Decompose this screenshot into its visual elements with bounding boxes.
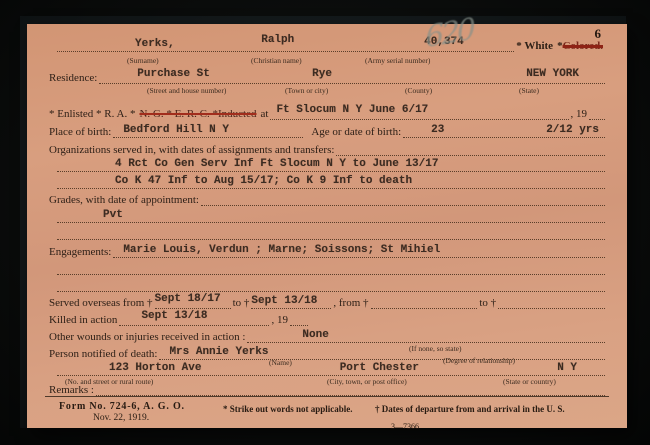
street-caption: (Street and house number) bbox=[147, 86, 226, 95]
residence-street-value: Purchase St bbox=[137, 69, 210, 80]
killed-date-line: Sept 13/18 bbox=[119, 311, 269, 326]
photo-backdrop: 6 620 Yerks, Ralph 40,374 * White * Colo… bbox=[0, 0, 650, 445]
organizations-line2-rule: Co K 47 Inf to Aug 15/17; Co K 9 Inf to … bbox=[57, 174, 605, 189]
overseas-from-date: Sept 18/17 bbox=[155, 294, 221, 305]
blank-rule-3 bbox=[57, 277, 605, 292]
enlistment-row: * Enlisted * R. A. * N. G. * E. R. C. *I… bbox=[47, 106, 605, 120]
wounds-label: Other wounds or injuries received in act… bbox=[47, 332, 247, 343]
organizations-line1-row: 4 Rct Co Gen Serv Inf Ft Slocum N Y to J… bbox=[57, 158, 605, 172]
wounds-value: None bbox=[302, 330, 328, 341]
notified-street-value: 123 Horton Ave bbox=[109, 363, 201, 374]
grades-value: Pvt bbox=[103, 210, 123, 221]
organizations-line2-value: Co K 47 Inf to Aug 15/17; Co K 9 Inf to … bbox=[115, 176, 412, 187]
person-notified-label: Person notified of death: bbox=[47, 349, 159, 360]
grades-ruled-line bbox=[201, 191, 605, 206]
residence-town-value: Rye bbox=[312, 69, 332, 80]
residence-state-value: NEW YORK bbox=[526, 69, 579, 80]
blank-row-1 bbox=[57, 226, 605, 240]
remarks-ruled-line bbox=[96, 381, 605, 396]
grades-row: Grades, with date of appointment: bbox=[47, 192, 605, 206]
age-label: Age or date of birth: bbox=[303, 127, 403, 138]
overseas-label: Served overseas from † bbox=[47, 298, 155, 309]
print-code: 3—7366 bbox=[391, 422, 419, 431]
notified-address-rule: 123 Horton Ave Port Chester N Y bbox=[57, 361, 605, 376]
enlistment-year-line bbox=[589, 105, 605, 120]
overseas-to-date: Sept 13/18 bbox=[251, 296, 317, 307]
form-date: Nov. 22, 1919. bbox=[93, 413, 149, 423]
county-caption: (County) bbox=[405, 86, 432, 95]
grades-label: Grades, with date of appointment: bbox=[47, 195, 201, 206]
engagements-value: Marie Louis, Verdun ; Marne; Soissons; S… bbox=[123, 245, 440, 256]
colored-option-struck: Colored. bbox=[563, 41, 605, 52]
strike-note: * Strike out words not applicable. bbox=[223, 404, 353, 414]
person-notified-name: Mrs Annie Yerks bbox=[169, 347, 268, 358]
state-caption: (State) bbox=[519, 86, 539, 95]
enlistment-ruled-line: Ft Slocum N Y June 6/17 bbox=[270, 105, 568, 120]
birth-place-label: Place of birth: bbox=[47, 127, 113, 138]
birth-place-line: Bedford Hill N Y bbox=[113, 123, 303, 138]
grades-value-rule: Pvt bbox=[57, 208, 605, 223]
engagements-ruled-line: Marie Louis, Verdun ; Marne; Soissons; S… bbox=[113, 243, 605, 258]
christian-name-caption: (Christian name) bbox=[251, 56, 302, 65]
overseas-from2-label: , from † bbox=[331, 298, 370, 309]
overseas-to2-label: to † bbox=[477, 298, 498, 309]
surname-value: Yerks, bbox=[135, 39, 175, 50]
person-notified-ruled-line: Mrs Annie Yerks bbox=[159, 345, 605, 360]
engagements-label: Engagements: bbox=[47, 247, 113, 258]
organizations-row: Organizations served in, with dates of a… bbox=[47, 142, 605, 156]
wounds-ruled-line: None bbox=[247, 328, 605, 343]
name-row: Yerks, Ralph 40,374 * White * Colored. bbox=[57, 38, 605, 52]
notified-city-value: Port Chester bbox=[340, 363, 419, 374]
overseas-to2-line bbox=[498, 294, 605, 309]
killed-year-line bbox=[290, 311, 308, 326]
birth-place-value: Bedford Hill N Y bbox=[123, 125, 229, 136]
engagements-row: Engagements: Marie Louis, Verdun ; Marne… bbox=[47, 244, 605, 258]
killed-date-value: Sept 13/18 bbox=[141, 311, 207, 322]
wounds-row: Other wounds or injuries received in act… bbox=[47, 329, 605, 343]
age-units-value: 2/12 yrs bbox=[546, 125, 599, 136]
blank-rule-1 bbox=[57, 225, 605, 240]
notified-state-value: N Y bbox=[557, 363, 577, 374]
overseas-to-line: Sept 13/18 bbox=[251, 294, 331, 309]
blank-row-2 bbox=[57, 261, 605, 275]
organizations-ruled-line bbox=[336, 141, 605, 156]
service-record-card: 6 620 Yerks, Ralph 40,374 * White * Colo… bbox=[27, 24, 627, 428]
enlistment-prefix: * Enlisted * R. A. * bbox=[47, 109, 137, 120]
colored-star: * bbox=[555, 41, 563, 52]
serial-number-caption: (Army serial number) bbox=[365, 56, 430, 65]
blank-rule-2 bbox=[57, 260, 605, 275]
dates-note: † Dates of departure from and arrival in… bbox=[375, 404, 565, 414]
surname-caption: (Surname) bbox=[127, 56, 159, 65]
age-value: 23 bbox=[431, 125, 444, 136]
residence-label: Residence: bbox=[47, 73, 99, 84]
killed-label: Killed in action bbox=[47, 315, 119, 326]
organizations-line2-row: Co K 47 Inf to Aug 15/17; Co K 9 Inf to … bbox=[57, 175, 605, 189]
birth-row: Place of birth: Bedford Hill N Y Age or … bbox=[47, 124, 605, 138]
notified-address-row: 123 Horton Ave Port Chester N Y bbox=[57, 362, 605, 376]
enlistment-at-label: at bbox=[259, 109, 271, 120]
overseas-from2-line bbox=[371, 294, 478, 309]
organizations-line1-value: 4 Rct Co Gen Serv Inf Ft Slocum N Y to J… bbox=[115, 159, 438, 170]
organizations-label: Organizations served in, with dates of a… bbox=[47, 145, 336, 156]
overseas-from-line: Sept 18/17 bbox=[155, 294, 231, 309]
overseas-to-label: to † bbox=[231, 298, 252, 309]
town-caption: (Town or city) bbox=[285, 86, 328, 95]
killed-row: Killed in action Sept 13/18 , 19 bbox=[47, 312, 605, 326]
residence-ruled-line: Purchase St Rye NEW YORK bbox=[99, 69, 605, 84]
age-ruled-line: 23 2/12 yrs bbox=[403, 123, 605, 138]
enlistment-year-label: , 19 bbox=[569, 109, 590, 120]
enlistment-struck-options: N. G. * E. R. C. *Inducted bbox=[137, 109, 258, 120]
overseas-row: Served overseas from † Sept 18/17 to † S… bbox=[47, 295, 605, 309]
enlistment-station-value: Ft Slocum N Y June 6/17 bbox=[276, 105, 428, 116]
organizations-line1-rule: 4 Rct Co Gen Serv Inf Ft Slocum N Y to J… bbox=[57, 157, 605, 172]
form-number: Form No. 724-6, A. G. O. bbox=[59, 401, 185, 412]
grades-value-row: Pvt bbox=[57, 209, 605, 223]
residence-row: Residence: Purchase St Rye NEW YORK bbox=[47, 70, 605, 84]
christian-name-value: Ralph bbox=[261, 35, 294, 46]
remarks-row: Remarks : bbox=[47, 382, 605, 396]
remarks-label: Remarks : bbox=[47, 385, 96, 396]
person-notified-row: Person notified of death: Mrs Annie Yerk… bbox=[47, 346, 605, 360]
blank-row-3 bbox=[57, 278, 605, 292]
killed-year-label: , 19 bbox=[269, 315, 290, 326]
white-option-label: * White bbox=[514, 41, 555, 52]
footer-divider bbox=[45, 396, 609, 397]
